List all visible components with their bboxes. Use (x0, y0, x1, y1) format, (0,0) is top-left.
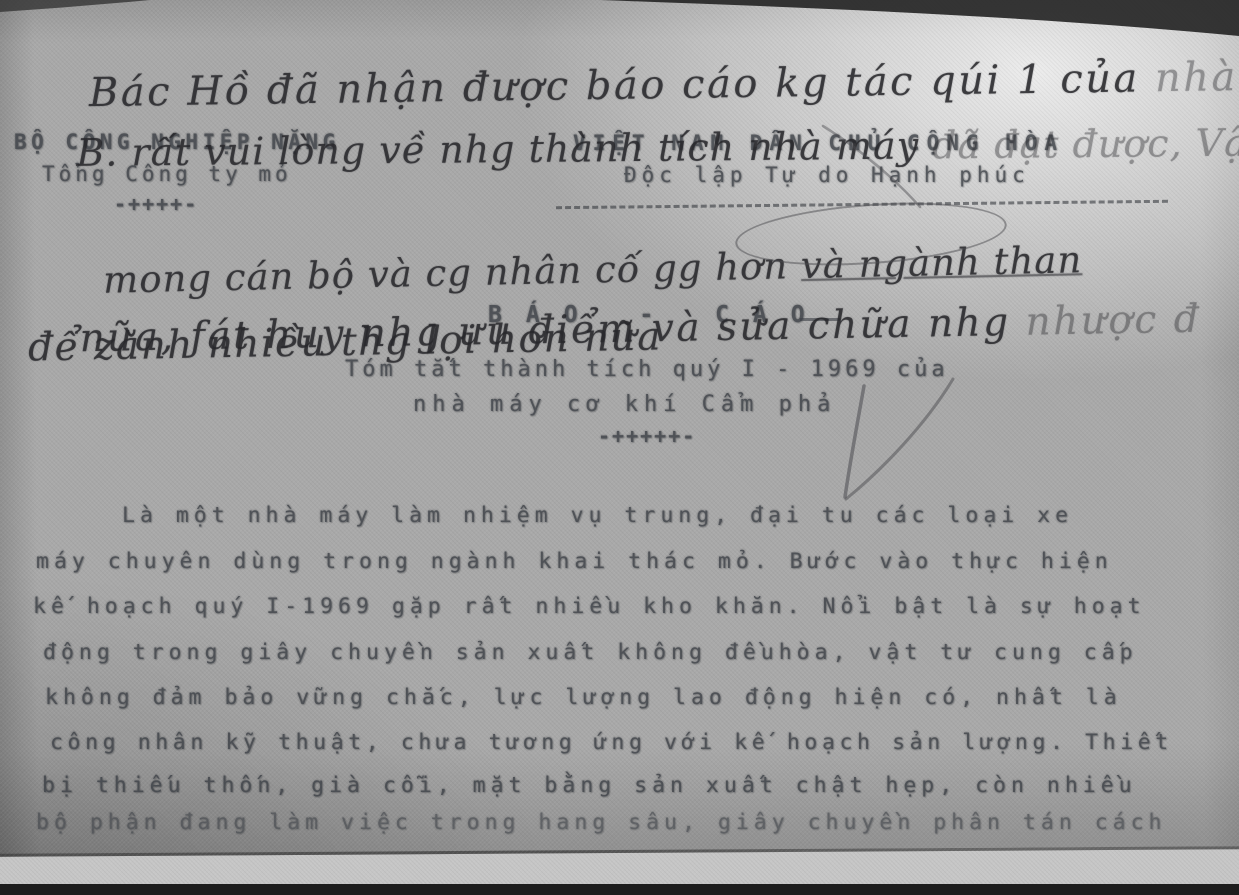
body-line: Là một nhà máy làm nhiệm vụ trung, đại t… (122, 503, 1073, 528)
body-line: kế hoạch quý I-1969 gặp rất nhiều kho kh… (33, 594, 1146, 619)
scanned-document-photo: Bác Hồ đã nhận được báo cáo kg tác qúi 1… (0, 0, 1239, 895)
handwritten-text: B. rất vui lòng về nhg thành tích nhà má… (76, 123, 932, 174)
body-line: động trong giây chuyền sản xuất không đề… (43, 640, 1138, 665)
body-line: máy chuyên dùng trong ngành khai thác mỏ… (36, 549, 1113, 574)
scan-bottom-band (0, 884, 1239, 895)
handwritten-text-faint: đã đạt được, Vậ (932, 121, 1239, 168)
body-line: bị thiếu thốn, già cỗi, mặt bằng sản xuấ… (42, 773, 1137, 798)
handwritten-text-faint: nhược đ (1025, 297, 1201, 345)
body-line: bộ phận đang làm việc trong hang sâu, gi… (36, 810, 1166, 835)
body-line: công nhân kỹ thuật, chưa tương ứng với k… (50, 730, 1173, 755)
body-line: không đảm bảo vững chắc, lực lượng lao đ… (45, 685, 1122, 710)
title-divider: -+++++- (598, 424, 696, 448)
